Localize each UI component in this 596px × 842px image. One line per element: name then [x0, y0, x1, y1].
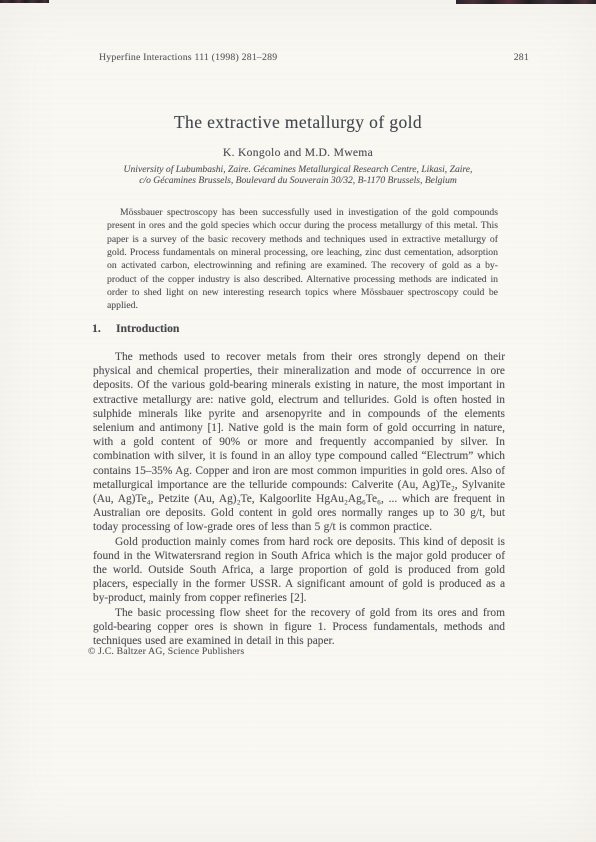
introduction-body: The methods used to recover metals from … — [93, 350, 505, 648]
body-paragraph: Gold production mainly comes from hard r… — [93, 535, 505, 606]
article-title: The extractive metallurgy of gold — [0, 112, 596, 133]
section-1-heading: 1.Introduction — [92, 322, 179, 335]
body-paragraph: The basic processing flow sheet for the … — [93, 606, 505, 649]
article-authors: K. Kongolo and M.D. Mwema — [0, 146, 596, 159]
affiliation-line-2: c/o Gécamines Brussels, Boulevard du Sou… — [70, 176, 526, 187]
journal-reference: Hyperfine Interactions 111 (1998) 281–28… — [99, 52, 277, 63]
running-header: Hyperfine Interactions 111 (1998) 281–28… — [99, 52, 529, 63]
article-affiliation: University of Lubumbashi, Zaire. Gécamin… — [70, 165, 526, 187]
scan-artifact-top-left — [0, 0, 49, 3]
body-paragraph: The methods used to recover metals from … — [93, 350, 505, 535]
page-number: 281 — [514, 52, 529, 63]
publisher-copyright: © J.C. Baltzer AG, Science Publishers — [88, 646, 244, 657]
abstract-block: Mössbauer spectroscopy has been successf… — [107, 206, 498, 313]
scan-artifact-top-right — [456, 0, 596, 4]
section-1-number: 1. — [92, 322, 116, 335]
section-1-title: Introduction — [116, 322, 179, 335]
scanned-paper-page: Hyperfine Interactions 111 (1998) 281–28… — [0, 0, 596, 842]
abstract-text: Mössbauer spectroscopy has been successf… — [107, 206, 498, 313]
